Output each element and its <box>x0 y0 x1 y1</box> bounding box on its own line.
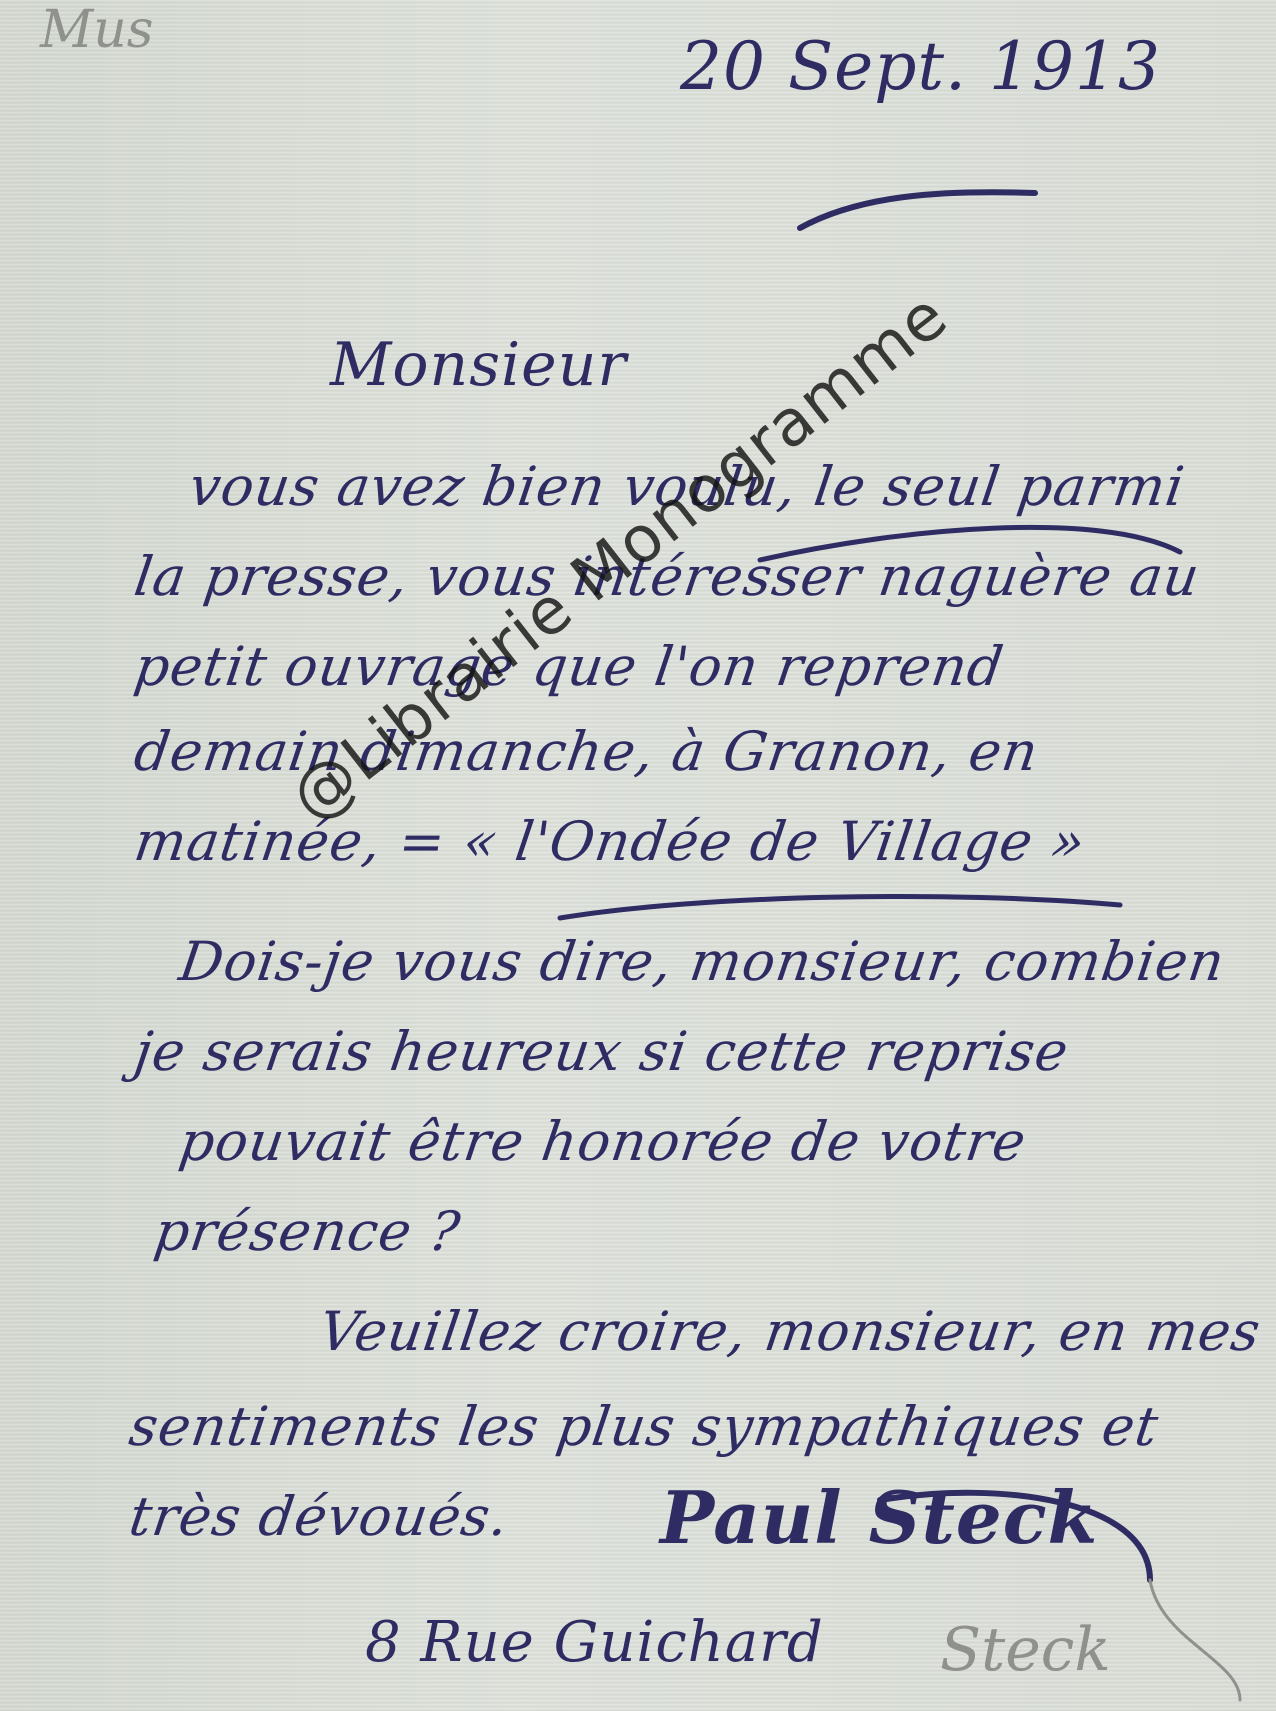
body-line: je serais heureux si cette reprise <box>131 1020 1073 1083</box>
signature: Paul Steck <box>660 1475 1098 1560</box>
pencil-annotation-bottom: Steck <box>940 1615 1111 1685</box>
body-line: Dois-je vous dire, monsieur, combien <box>176 930 1229 993</box>
letter-page: Mus 20 Sept. 1913 Monsieur vous avez bie… <box>0 0 1276 1711</box>
body-line: demain dimanche, à Granon, en <box>131 720 1043 783</box>
body-line: présence ? <box>151 1200 465 1263</box>
letter-date: 20 Sept. 1913 <box>680 28 1161 105</box>
pencil-annotation-top: Mus <box>40 0 153 60</box>
body-line: sentiments les plus sympathiques et <box>126 1395 1163 1458</box>
body-line: matinée, = « l'Ondée de Village » <box>131 810 1090 873</box>
sender-address: 8 Rue Guichard <box>365 1610 824 1675</box>
body-line: Veuillez croire, monsieur, en mes <box>316 1300 1265 1363</box>
letter-greeting: Monsieur <box>330 330 627 400</box>
body-line: pouvait être honorée de votre <box>176 1110 1031 1173</box>
body-line: petit ouvrage que l'on reprend <box>131 635 1008 698</box>
body-line: très dévoués. <box>126 1485 513 1548</box>
